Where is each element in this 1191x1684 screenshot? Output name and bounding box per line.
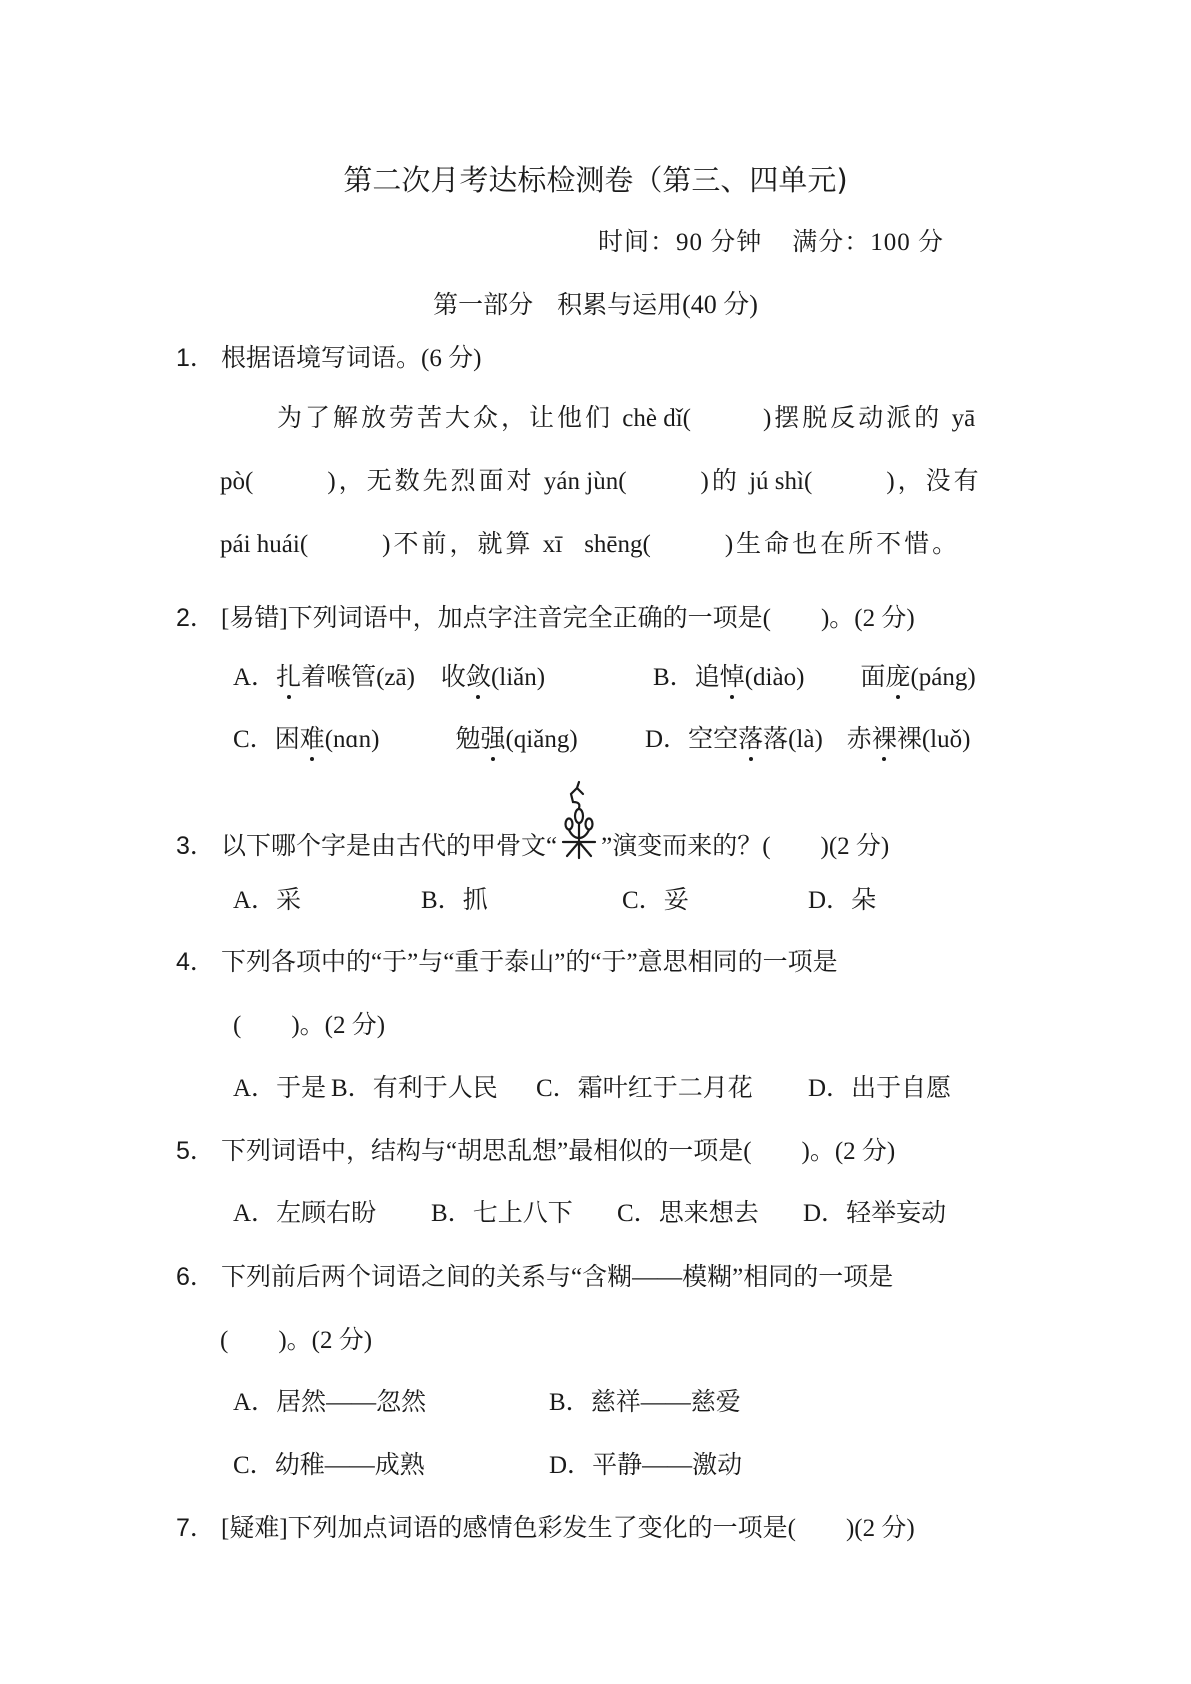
option-text: (nɑn) (325, 726, 380, 753)
dotted-char: 强 (480, 726, 505, 753)
option-b[interactable]: B．慈祥——慈爱 (549, 1382, 741, 1418)
options-row: A．左顾右盼B．七上八下C．思来想去D．轻举妄动 (233, 1193, 946, 1229)
option-a[interactable]: A．于是 (233, 1068, 331, 1104)
question-stem: 下列词语中，结构与“胡思乱想”最相似的一项是( )。(2 分) (221, 1138, 895, 1165)
question-number: 4． (176, 942, 221, 978)
part-title: 积累与运用 (557, 290, 682, 319)
option-letter: B． (431, 1200, 473, 1227)
option-b[interactable]: B．抓 (421, 880, 622, 916)
option-letter: B． (421, 887, 463, 914)
question-number: 1． (176, 338, 221, 374)
option-text: 幼稚——成熟 (275, 1452, 425, 1479)
question-number: 3． (176, 826, 221, 862)
dotted-char: 裸 (872, 726, 897, 753)
passage-line-1: 为了解放劳苦大众，让他们 chè dǐ()摆脱反动派的 yā (277, 398, 975, 434)
option-letter: C． (233, 726, 275, 753)
question-3: 3．以下哪个字是由古代的甲骨文“ ”演变而来的？( )(2 分) (176, 780, 889, 862)
option-a[interactable]: A．左顾右盼 (233, 1193, 431, 1229)
option-text: 落(là) (763, 726, 823, 753)
option-d[interactable]: D．空空落落(là)赤裸裸(luǒ) (645, 719, 970, 755)
question-tag: [疑难] (221, 1515, 288, 1542)
passage-text: )生命也在所不惜。 (725, 531, 960, 558)
option-b[interactable]: B．有利于人民 (331, 1068, 536, 1104)
question-4: 4．下列各项中的“于”与“重于泰山”的“于”意思相同的一项是 (176, 942, 838, 978)
question-tag: [易错] (221, 605, 288, 632)
passage-line-3: pái huái()不前，就算 xīshēng()生命也在所不惜。 (220, 524, 960, 560)
question-7: 7．[疑难]下列加点词语的感情色彩发生了变化的一项是( )(2 分) (176, 1508, 915, 1544)
option-text: (diào) (745, 664, 805, 691)
option-d[interactable]: D．平静——激动 (549, 1445, 742, 1481)
option-letter: D． (549, 1452, 592, 1479)
option-text: 平静——激动 (592, 1452, 742, 1479)
part-name: 第一部分 (433, 290, 533, 319)
option-text: 霜叶红于二月花 (578, 1075, 753, 1102)
option-text: 裸(luǒ) (897, 726, 971, 753)
option-text: 妥 (664, 887, 689, 914)
option-letter: D． (808, 1075, 851, 1102)
option-letter: D． (645, 726, 688, 753)
option-text: 思来想去 (659, 1200, 759, 1227)
option-letter: A． (233, 1075, 276, 1102)
passage-text: )的 (701, 468, 750, 495)
question-stem-post: ”演变而来的？( )(2 分) (601, 833, 889, 860)
question-stem: 下列前后两个词语之间的关系与“含糊——模糊”相同的一项是 (221, 1264, 893, 1291)
option-a[interactable]: A．居然——忽然 (233, 1382, 549, 1418)
pinyin: xī (543, 531, 562, 558)
part-score: (40 分) (682, 290, 758, 319)
option-letter: A． (233, 1389, 276, 1416)
option-text: 收 (441, 664, 466, 691)
pinyin: pò( (220, 468, 253, 495)
exam-page: 第二次月考达标检测卷（第三、四单元) 时间：90 分钟满分：100 分 第一部分… (0, 0, 1191, 1684)
option-a[interactable]: A．采 (233, 880, 421, 916)
options-row-ab: A．居然——忽然B．慈祥——慈爱 (233, 1382, 741, 1418)
option-letter: C． (536, 1075, 578, 1102)
question-number: 2． (176, 598, 221, 634)
option-text: 轻举妄动 (846, 1200, 946, 1227)
option-letter: B． (653, 664, 695, 691)
dotted-char: 敛 (466, 664, 491, 691)
option-c[interactable]: C．妥 (622, 880, 808, 916)
option-text: 勉 (455, 726, 480, 753)
question-stem-pre: 以下哪个字是由古代的甲骨文“ (221, 833, 557, 860)
pinyin: jú shì( (749, 468, 812, 495)
option-letter: D． (808, 887, 851, 914)
question-6: 6．下列前后两个词语之间的关系与“含糊——模糊”相同的一项是 (176, 1257, 893, 1293)
question-stem: 下列加点词语的感情色彩发生了变化的一项是( )(2 分) (288, 1515, 915, 1542)
dotted-char: 扎 (276, 664, 301, 691)
options-row-cd: C．幼稚——成熟D．平静——激动 (233, 1445, 742, 1481)
question-number: 7． (176, 1508, 221, 1544)
question-stem: 根据语境写词语。(6 分) (221, 345, 481, 372)
option-text: 空空 (688, 726, 738, 753)
option-b[interactable]: B．七上八下 (431, 1193, 617, 1229)
option-text: 居然——忽然 (276, 1389, 426, 1416)
question-1: 1．根据语境写词语。(6 分) (176, 338, 481, 374)
option-text: 赤 (847, 726, 872, 753)
exam-meta: 时间：90 分钟满分：100 分 (598, 222, 944, 258)
option-d[interactable]: D．轻举妄动 (803, 1193, 946, 1229)
option-letter: D． (803, 1200, 846, 1227)
passage-text: 为了解放劳苦大众，让他们 (277, 405, 622, 432)
pinyin: shēng( (584, 531, 651, 558)
option-letter: C． (617, 1200, 659, 1227)
pinyin: yā (952, 405, 976, 432)
option-text: 追 (695, 664, 720, 691)
option-letter: A． (233, 1200, 276, 1227)
options-row: A．于是B．有利于人民C．霜叶红于二月花D．出于自愿 (233, 1068, 951, 1104)
option-c[interactable]: C．困难(nɑn)勉强(qiǎng) (233, 719, 645, 755)
passage-text: )不前，就算 (382, 531, 543, 558)
option-text: 着喉管(zā) (301, 664, 415, 691)
option-text: (liǎn) (491, 664, 545, 691)
option-text: 出于自愿 (851, 1075, 951, 1102)
passage-text: )，没有 (886, 468, 981, 495)
options-row-ab: A．扎着喉管(zā)收敛(liǎn) B．追悼(diào)面庞(páng) (233, 657, 976, 693)
option-text: 面 (860, 664, 885, 691)
option-a[interactable]: A．扎着喉管(zā)收敛(liǎn) (233, 657, 653, 693)
exam-title: 第二次月考达标检测卷（第三、四单元) (0, 158, 1191, 199)
option-text: 困 (275, 726, 300, 753)
question-number: 6． (176, 1257, 221, 1293)
pinyin: chè dǐ( (622, 405, 691, 432)
question-2: 2．[易错]下列词语中，加点字注音完全正确的一项是( )。(2 分) (176, 598, 915, 634)
option-letter: B． (549, 1389, 591, 1416)
option-text: 朵 (851, 887, 876, 914)
oracle-bone-character-icon (557, 780, 601, 860)
option-letter: C． (622, 887, 664, 914)
option-text: 抓 (463, 887, 488, 914)
question-4-paren: ( )。(2 分) (233, 1005, 385, 1041)
pinyin: yán jùn( (544, 468, 627, 495)
option-text: (páng) (910, 664, 975, 691)
option-text: 左顾右盼 (276, 1200, 376, 1227)
option-text: 有利于人民 (373, 1075, 498, 1102)
option-c[interactable]: C．幼稚——成熟 (233, 1445, 549, 1481)
dotted-char: 落 (738, 726, 763, 753)
dotted-char: 庞 (885, 664, 910, 691)
option-letter: A． (233, 664, 276, 691)
options-row-cd: C．困难(nɑn)勉强(qiǎng) D．空空落落(là)赤裸裸(luǒ) (233, 719, 970, 755)
option-letter: C． (233, 1452, 275, 1479)
option-text: 慈祥——慈爱 (591, 1389, 741, 1416)
option-b[interactable]: B．追悼(diào)面庞(páng) (653, 657, 976, 693)
option-d[interactable]: D．朵 (808, 880, 876, 916)
option-c[interactable]: C．思来想去 (617, 1193, 803, 1229)
question-stem: 下列各项中的“于”与“重于泰山”的“于”意思相同的一项是 (221, 949, 838, 976)
options-row: A．采B．抓C．妥D．朵 (233, 880, 876, 916)
question-number: 5． (176, 1131, 221, 1167)
option-text: 七上八下 (473, 1200, 573, 1227)
option-text: 采 (276, 887, 301, 914)
full-score: 满分：100 分 (792, 229, 944, 256)
passage-text: )，无数先烈面对 (327, 468, 544, 495)
pinyin: pái huái( (220, 531, 308, 558)
question-6-paren: ( )。(2 分) (220, 1320, 372, 1356)
dotted-char: 悼 (720, 664, 745, 691)
option-text: 于是 (276, 1075, 326, 1102)
passage-line-2: pò()，无数先烈面对 yán jùn()的 jú shì()，没有 (220, 461, 982, 497)
time-limit: 时间：90 分钟 (598, 229, 762, 256)
option-letter: B． (331, 1075, 373, 1102)
option-d[interactable]: D．出于自愿 (808, 1068, 951, 1104)
dotted-char: 难 (300, 726, 325, 753)
passage-text: )摆脱反动派的 (763, 405, 952, 432)
option-letter: A． (233, 887, 276, 914)
option-c[interactable]: C．霜叶红于二月花 (536, 1068, 808, 1104)
question-5: 5．下列词语中，结构与“胡思乱想”最相似的一项是( )。(2 分) (176, 1131, 895, 1167)
option-text: (qiǎng) (505, 726, 577, 753)
question-stem: 下列词语中，加点字注音完全正确的一项是( )。(2 分) (288, 605, 915, 632)
part-heading: 第一部分积累与运用(40 分) (0, 284, 1191, 321)
